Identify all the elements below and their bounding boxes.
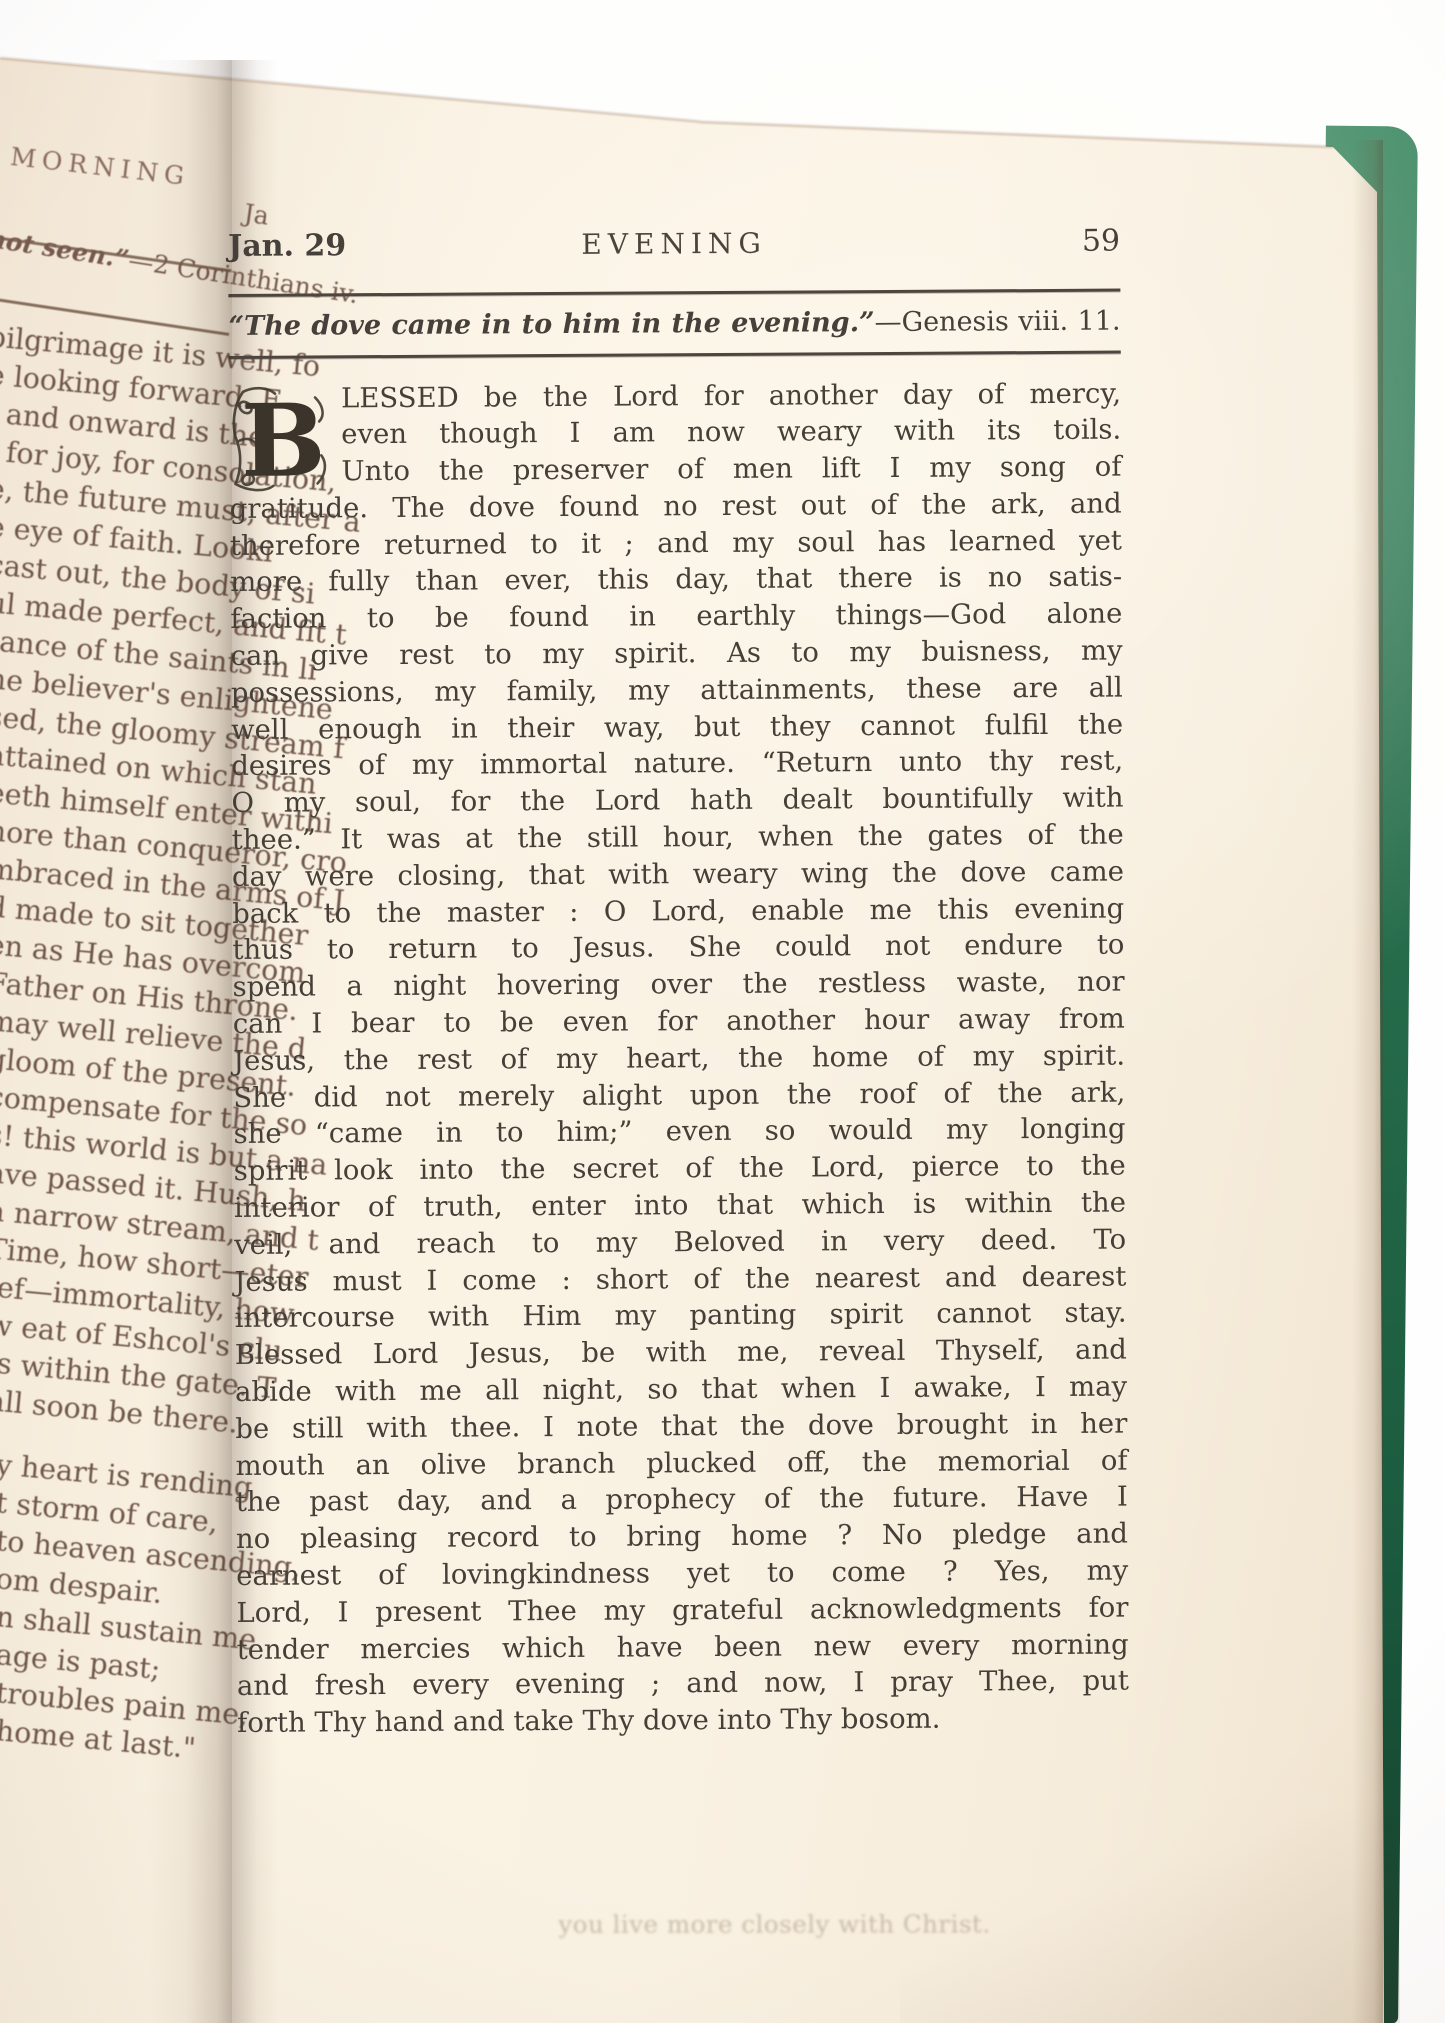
svg-text:B: B bbox=[241, 383, 326, 496]
body-text-line: she “came in to him;” even so would my l… bbox=[233, 1111, 1125, 1153]
right-page: Jan. 29 EVENING 59 “The dove came in to … bbox=[228, 225, 1129, 1742]
body-text-line: spirit look into the secret of the Lord,… bbox=[234, 1148, 1126, 1190]
show-through-text: you live more closely with Christ. bbox=[558, 1909, 1018, 1938]
body-text-line: earnest of lovingkindness yet to come ? … bbox=[236, 1553, 1128, 1595]
body-text-line: can I bear to be even for another hour a… bbox=[233, 1001, 1125, 1043]
page-right-edge-shadow bbox=[1352, 140, 1383, 2023]
body-text-line: Blessed Lord Jesus, be with me, reveal T… bbox=[235, 1332, 1127, 1374]
date-label: Jan. 29 bbox=[228, 229, 448, 264]
page-number: 59 bbox=[900, 225, 1120, 260]
verse-reference: —Genesis viii. 11. bbox=[874, 306, 1120, 339]
left-header-date-fragment: Ja bbox=[242, 198, 271, 230]
body-text: LESSED be the Lord for another day of me… bbox=[229, 375, 1129, 1742]
book-photo: MORNING Ja not seen.”—2 Corinthians iv. … bbox=[0, 0, 1445, 2023]
body-text-line: Lord, I present Thee my grateful acknowl… bbox=[236, 1589, 1128, 1631]
body-text-line: thee.” It was at the still hour, when th… bbox=[232, 817, 1124, 859]
body-text-line: gratitude. The dove found no rest out of… bbox=[230, 485, 1122, 527]
body-text-line: O my soul, for the Lord hath dealt bount… bbox=[231, 780, 1123, 822]
body-text-line: no pleasing record to bring home ? No pl… bbox=[236, 1516, 1128, 1558]
body-text-line: day were closing, that with weary wing t… bbox=[232, 853, 1124, 895]
body-text-line: mouth an olive branch plucked off, the m… bbox=[235, 1442, 1127, 1484]
body-text-line: spend a night hovering over the restless… bbox=[233, 964, 1125, 1006]
body-text-line: possessions, my family, my attainments, … bbox=[231, 669, 1123, 711]
devotional-body: B LESSED be the Lord for another day of … bbox=[229, 375, 1129, 1742]
body-text-line: Unto the preserver of men lift I my song… bbox=[229, 449, 1121, 491]
body-text-line: back to the master : O Lord, enable me t… bbox=[232, 890, 1124, 932]
body-text-line: be still with thee. I note that the dove… bbox=[235, 1405, 1127, 1447]
horizontal-rule bbox=[229, 351, 1121, 359]
body-text-line: well enough in their way, but they canno… bbox=[231, 706, 1123, 748]
body-text-line: interior of truth, enter into that which… bbox=[234, 1185, 1126, 1227]
body-text-line: desires of my immortal nature. “Return u… bbox=[231, 743, 1123, 785]
body-text-line: thus to return to Jesus. She could not e… bbox=[232, 927, 1124, 969]
body-text-line: tender mercies which have been new every… bbox=[237, 1626, 1129, 1668]
body-text-line: forth Thy hand and take Thy dove into Th… bbox=[237, 1700, 1129, 1742]
body-text-line: the past day, and a prophecy of the futu… bbox=[236, 1479, 1128, 1521]
ornamental-initial-icon: B bbox=[229, 383, 330, 496]
body-text-line: intercourse with Him my panting spirit c… bbox=[235, 1295, 1127, 1337]
verse-quote: “The dove came in to him in the evening.… bbox=[228, 307, 874, 342]
body-text-line: She did not merely alight upon the roof … bbox=[233, 1074, 1125, 1116]
body-text-line: Jesus must I come : short of the nearest… bbox=[234, 1258, 1126, 1300]
body-text-line: faction to be found in earthly things—Go… bbox=[230, 596, 1122, 638]
scripture-verse: “The dove came in to him in the evening.… bbox=[228, 305, 1120, 344]
body-text-line: can give rest to my spirit. As to my bui… bbox=[230, 633, 1122, 675]
section-label: EVENING bbox=[448, 226, 900, 263]
page-header: Jan. 29 EVENING 59 bbox=[228, 225, 1120, 264]
body-text-line: veil, and reach to my Beloved in very de… bbox=[234, 1221, 1126, 1263]
body-text-line: Jesus, the rest of my heart, the home of… bbox=[233, 1037, 1125, 1079]
body-text-line: LESSED be the Lord for another day of me… bbox=[229, 375, 1121, 417]
horizontal-rule bbox=[228, 289, 1120, 297]
body-text-line: therefore returned to it ; and my soul h… bbox=[230, 522, 1122, 564]
body-text-line: even though I am now weary with its toil… bbox=[229, 412, 1121, 454]
body-text-line: more fully than ever, this day, that the… bbox=[230, 559, 1122, 601]
ornamental-initial-svg: B bbox=[229, 383, 330, 496]
body-text-line: abide with me all night, so that when I … bbox=[235, 1369, 1127, 1411]
body-text-line: and fresh every evening ; and now, I pra… bbox=[237, 1663, 1129, 1705]
